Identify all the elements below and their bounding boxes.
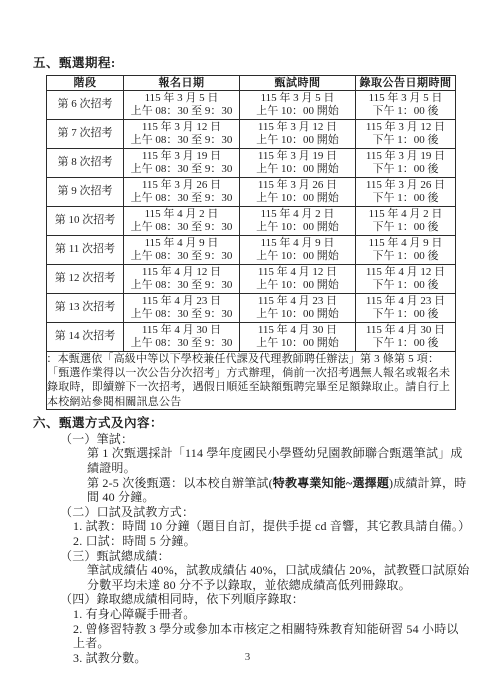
- announcement-cell: 115 年 4 月 12 日下午 1：00 後: [356, 265, 456, 294]
- stage-cell: 第 10 次招考: [47, 207, 124, 236]
- stage-cell: 第 14 次招考: [47, 323, 124, 352]
- schedule-note-row: 說明：本甄選依「高級中等以下學校兼任代課及代理教師聘任辦法」第 3 條第 5 項…: [47, 352, 456, 410]
- section6-line: 2. 口試：時間 5 分鐘。: [73, 534, 470, 549]
- announcement-cell: 115 年 3 月 19 日下午 1：00 後: [356, 149, 456, 178]
- stage-cell: 第 7 次招考: [47, 120, 124, 149]
- section6-line: （二）口試及試教方式：: [60, 505, 470, 520]
- announcement-cell: 115 年 4 月 9 日下午 1：00 後: [356, 236, 456, 265]
- stage-cell: 第 13 次招考: [47, 294, 124, 323]
- exam-cell: 115 年 3 月 26 日上午 10：00 開始: [240, 178, 356, 207]
- section6-line: 第 1 次甄選採計「114 學年度國民小學暨幼兒園教師聯合甄選筆試」成績證明。: [87, 446, 470, 475]
- section6-line: 2. 曾修習特教 3 學分或參加本市核定之相關特殊教育知能研習 54 小時以上者…: [73, 622, 470, 651]
- schedule-row: 第 12 次招考115 年 4 月 12 日上午 08：30 至 9：30115…: [47, 265, 456, 294]
- announcement-cell: 115 年 3 月 26 日下午 1：00 後: [356, 178, 456, 207]
- section5-title: 五、甄選期程:: [33, 56, 495, 71]
- registration-cell: 115 年 4 月 12 日上午 08：30 至 9：30: [124, 265, 240, 294]
- schedule-row: 第 7 次招考115 年 3 月 12 日上午 08：30 至 9：30115 …: [47, 120, 456, 149]
- exam-cell: 115 年 3 月 12 日上午 10：00 開始: [240, 120, 356, 149]
- registration-cell: 115 年 3 月 26 日上午 08：30 至 9：30: [124, 178, 240, 207]
- schedule-row: 第 9 次招考115 年 3 月 26 日上午 08：30 至 9：30115 …: [47, 178, 456, 207]
- header-registration-date: 報名日期: [124, 76, 240, 91]
- schedule-table: 階段 報名日期 甄試時間 錄取公告日期時間 第 6 次招考115 年 3 月 5…: [46, 75, 456, 410]
- announcement-cell: 115 年 4 月 2 日下午 1：00 後: [356, 207, 456, 236]
- exam-cell: 115 年 4 月 12 日上午 10：00 開始: [240, 265, 356, 294]
- registration-cell: 115 年 3 月 19 日上午 08：30 至 9：30: [124, 149, 240, 178]
- registration-cell: 115 年 4 月 30 日上午 08：30 至 9：30: [124, 323, 240, 352]
- schedule-row: 第 13 次招考115 年 4 月 23 日上午 08：30 至 9：30115…: [47, 294, 456, 323]
- stage-cell: 第 9 次招考: [47, 178, 124, 207]
- announcement-cell: 115 年 3 月 5 日下午 1：00 後: [356, 91, 456, 120]
- registration-cell: 115 年 4 月 2 日上午 08：30 至 9：30: [124, 207, 240, 236]
- announcement-cell: 115 年 4 月 30 日下午 1：00 後: [356, 323, 456, 352]
- schedule-row: 第 14 次招考115 年 4 月 30 日上午 08：30 至 9：30115…: [47, 323, 456, 352]
- stage-cell: 第 6 次招考: [47, 91, 124, 120]
- section6-line: 1. 有身心障礙手冊者。: [73, 607, 470, 622]
- page-number: 3: [0, 651, 495, 663]
- schedule-note: 說明：本甄選依「高級中等以下學校兼任代課及代理教師聘任辦法」第 3 條第 5 項…: [47, 352, 456, 410]
- section6-line: （四）錄取總成績相同時，依下列順序錄取：: [60, 592, 470, 607]
- schedule-row: 第 11 次招考115 年 4 月 9 日上午 08：30 至 9：30115 …: [47, 236, 456, 265]
- header-exam-time: 甄試時間: [240, 76, 356, 91]
- section6-line: （三）甄試總成績：: [60, 549, 470, 564]
- document-page: 五、甄選期程: 階段 報名日期 甄試時間 錄取公告日期時間 第 6 次招考115…: [0, 0, 495, 700]
- section6-line: 筆試成績佔 40%，試教成績佔 40%，口試成績佔 20%，試教暨口試原始分數平…: [87, 563, 470, 592]
- section6-line: 1. 試教：時間 10 分鐘（題目自訂，提供手提 cd 音響，其它教具請自備。）: [73, 519, 470, 534]
- section6-content: （一）筆試：第 1 次甄選採計「114 學年度國民小學暨幼兒園教師聯合甄選筆試」…: [0, 432, 495, 666]
- section6-line: （一）筆試：: [60, 432, 470, 447]
- schedule-row: 第 8 次招考115 年 3 月 19 日上午 08：30 至 9：30115 …: [47, 149, 456, 178]
- header-announcement-time: 錄取公告日期時間: [356, 76, 456, 91]
- schedule-header-row: 階段 報名日期 甄試時間 錄取公告日期時間: [47, 76, 456, 91]
- section6-line: 第 2-5 次後甄選：以本校自辦筆試(特教專業知能~選擇題)成績計算，時間 40…: [87, 476, 470, 505]
- exam-cell: 115 年 4 月 30 日上午 10：00 開始: [240, 323, 356, 352]
- exam-cell: 115 年 4 月 9 日上午 10：00 開始: [240, 236, 356, 265]
- exam-cell: 115 年 4 月 2 日上午 10：00 開始: [240, 207, 356, 236]
- section6-title: 六、甄選方式及內容：: [33, 416, 495, 431]
- exam-cell: 115 年 4 月 23 日上午 10：00 開始: [240, 294, 356, 323]
- exam-cell: 115 年 3 月 19 日上午 10：00 開始: [240, 149, 356, 178]
- registration-cell: 115 年 3 月 12 日上午 08：30 至 9：30: [124, 120, 240, 149]
- exam-cell: 115 年 3 月 5 日上午 10：00 開始: [240, 91, 356, 120]
- registration-cell: 115 年 3 月 5 日上午 08：30 至 9：30: [124, 91, 240, 120]
- header-stage: 階段: [47, 76, 124, 91]
- registration-cell: 115 年 4 月 23 日上午 08：30 至 9：30: [124, 294, 240, 323]
- announcement-cell: 115 年 3 月 12 日下午 1：00 後: [356, 120, 456, 149]
- stage-cell: 第 12 次招考: [47, 265, 124, 294]
- schedule-row: 第 10 次招考115 年 4 月 2 日上午 08：30 至 9：30115 …: [47, 207, 456, 236]
- stage-cell: 第 11 次招考: [47, 236, 124, 265]
- registration-cell: 115 年 4 月 9 日上午 08：30 至 9：30: [124, 236, 240, 265]
- schedule-row: 第 6 次招考115 年 3 月 5 日上午 08：30 至 9：30115 年…: [47, 91, 456, 120]
- stage-cell: 第 8 次招考: [47, 149, 124, 178]
- announcement-cell: 115 年 4 月 23 日下午 1：00 後: [356, 294, 456, 323]
